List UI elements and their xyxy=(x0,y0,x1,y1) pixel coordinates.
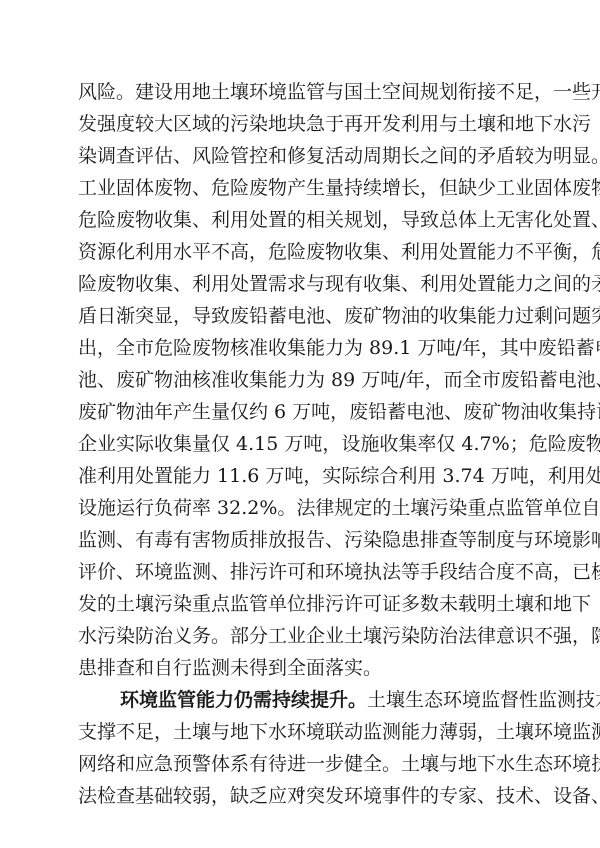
text-line: 水污染防治义务。部分工业企业土壤污染防治法律意识不强，隐 xyxy=(78,620,524,652)
text-line: 发强度较大区域的污染地块急于再开发利用与土壤和地下水污 xyxy=(78,108,524,140)
text-line: 资源化利用水平不高，危险废物收集、利用处置能力不平衡，危 xyxy=(78,236,524,268)
text-line: 准利用处置能力 11.6 万吨，实际综合利用 3.74 万吨，利用处置 xyxy=(78,460,524,492)
paragraph-soil-waste-risk: 风险。建设用地土壤环境监管与国土空间规划衔接不足，一些开 发强度较大区域的污染地… xyxy=(78,76,524,684)
text-line: 出，全市危险废物核准收集能力为 89.1 万吨/年，其中废铅蓄电 xyxy=(78,332,524,364)
paragraph-heading: 环境监管能力仍需持续提升。 xyxy=(120,689,367,711)
document-page-body: 风险。建设用地土壤环境监管与国土空间规划衔接不足，一些开 发强度较大区域的污染地… xyxy=(78,76,524,812)
text-line: 废矿物油年产生量仅约 6 万吨，废铅蓄电池、废矿物油收集持证 xyxy=(78,396,524,428)
text-line: 风险。建设用地土壤环境监管与国土空间规划衔接不足，一些开 xyxy=(78,76,524,108)
page-number: 6 xyxy=(0,785,600,801)
text-line: 盾日渐突显，导致废铅蓄电池、废矿物油的收集能力过剩问题突 xyxy=(78,300,524,332)
text-line: 评价、环境监测、排污许可和环境执法等手段结合度不高，已核 xyxy=(78,556,524,588)
text-line: 监测、有毒有害物质排放报告、污染隐患排查等制度与环境影响 xyxy=(78,524,524,556)
text-line: 危险废物收集、利用处置的相关规划，导致总体上无害化处置、 xyxy=(78,204,524,236)
text-line: 池、废矿物油核准收集能力为 89 万吨/年，而全市废铅蓄电池、 xyxy=(78,364,524,396)
text-line: 染调查评估、风险管控和修复活动周期长之间的矛盾较为明显。 xyxy=(78,140,524,172)
text-line: 工业固体废物、危险废物产生量持续增长，但缺少工业固体废物、 xyxy=(78,172,524,204)
text-line: 设施运行负荷率 32.2%。法律规定的土壤污染重点监管单位自行 xyxy=(78,492,524,524)
heading-line-rest: 土壤生态环境监督性监测技术 xyxy=(367,689,600,711)
text-line: 网络和应急预警体系有待进一步健全。土壤与地下水生态环境执 xyxy=(78,748,524,780)
text-line: 企业实际收集量仅 4.15 万吨，设施收集率仅 4.7%；危险废物核 xyxy=(78,428,524,460)
text-line: 险废物收集、利用处置需求与现有收集、利用处置能力之间的矛 xyxy=(78,268,524,300)
text-line: 支撑不足，土壤与地下水环境联动监测能力薄弱，土壤环境监测 xyxy=(78,716,524,748)
text-line: 患排查和自行监测未得到全面落实。 xyxy=(78,652,524,684)
text-line: 发的土壤污染重点监管单位排污许可证多数未载明土壤和地下 xyxy=(78,588,524,620)
text-line-with-heading: 环境监管能力仍需持续提升。土壤生态环境监督性监测技术 xyxy=(78,684,524,716)
